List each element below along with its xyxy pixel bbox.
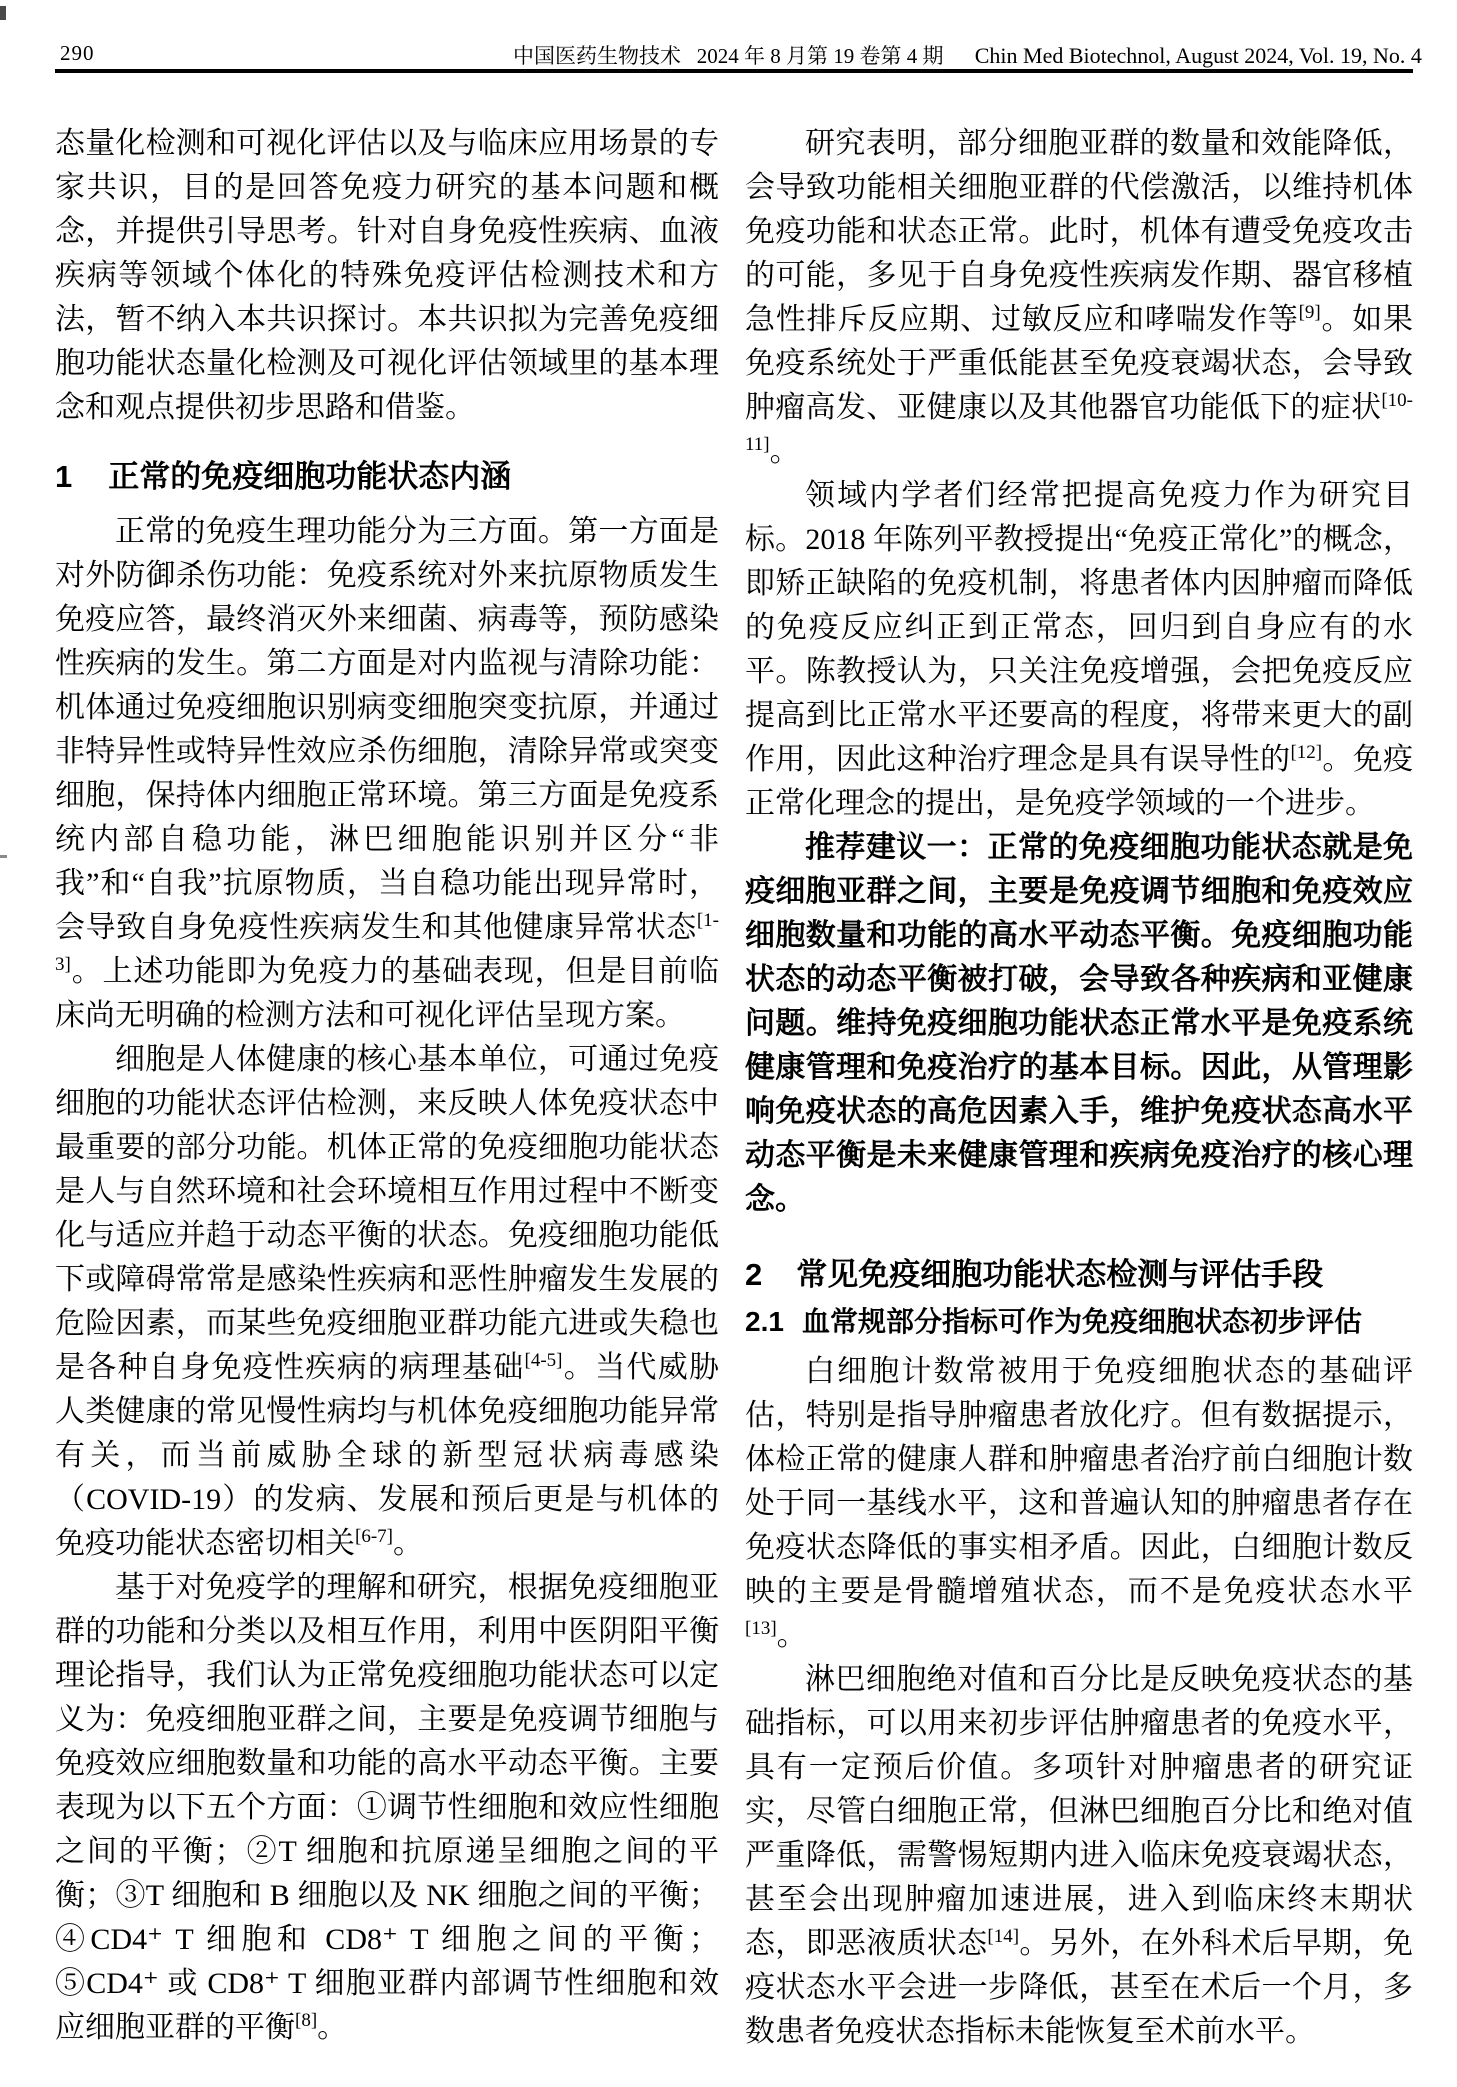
paragraph: 领域内学者们经常把提高免疫力作为研究目标。2018 年陈列平教授提出“免疫正常化… <box>745 474 1413 826</box>
journal-title-en: Chin Med Biotechnol, August 2024, Vol. 1… <box>975 43 1422 68</box>
journal-title-cn: 中国医药生物技术 2024 年 8 月第 19 卷第 4 期 <box>513 44 944 68</box>
paragraph: 基于对免疫学的理解和研究，根据免疫细胞亚群的功能和分类以及相互作用，利用中医阴阳… <box>55 1566 719 2050</box>
paragraph: 细胞是人体健康的核心基本单位，可通过免疫细胞的功能状态评估检测，来反映人体免疫状… <box>55 1038 719 1566</box>
scan-artifact-left-edge <box>0 855 7 858</box>
paragraph: 白细胞计数常被用于免疫细胞状态的基础评估，特别是指导肿瘤患者放化疗。但有数据提示… <box>745 1350 1413 1658</box>
section-number: 2.1 <box>745 1300 784 1344</box>
section-1-heading: 1 正常的免疫细胞功能状态内涵 <box>55 454 719 500</box>
section-title: 正常的免疫细胞功能状态内涵 <box>108 454 511 500</box>
section-title: 常见免疫细胞功能状态检测与评估手段 <box>796 1252 1323 1298</box>
right-column: 研究表明，部分细胞亚群的数量和效能降低，会导致功能相关细胞亚群的代偿激活，以维持… <box>745 122 1413 2054</box>
page-number: 290 <box>60 41 95 66</box>
paragraph: 研究表明，部分细胞亚群的数量和效能降低，会导致功能相关细胞亚群的代偿激活，以维持… <box>745 122 1413 474</box>
paragraph: 正常的免疫生理功能分为三方面。第一方面是对外防御杀伤功能：免疫系统对外来抗原物质… <box>55 510 719 1038</box>
section-number: 1 <box>55 454 72 500</box>
running-head: 中国医药生物技术 2024 年 8 月第 19 卷第 4 期 Chin Med … <box>513 40 1413 70</box>
paragraph-intro-continuation: 态量化检测和可视化评估以及与临床应用场景的专家共识，目的是回答免疫力研究的基本问… <box>55 122 719 430</box>
recommendation-paragraph: 推荐建议一：正常的免疫细胞功能状态就是免疫细胞亚群之间，主要是免疫调节细胞和免疫… <box>745 826 1413 1222</box>
paragraph: 淋巴细胞绝对值和百分比是反映免疫状态的基础指标，可以用来初步评估肿瘤患者的免疫水… <box>745 1658 1413 2054</box>
header-rule <box>55 69 1413 73</box>
section-number: 2 <box>745 1252 762 1298</box>
section-title: 血常规部分指标可作为免疫细胞状态初步评估 <box>802 1300 1362 1344</box>
section-2-1-heading: 2.1 血常规部分指标可作为免疫细胞状态初步评估 <box>745 1300 1413 1344</box>
left-column: 态量化检测和可视化评估以及与临床应用场景的专家共识，目的是回答免疫力研究的基本问… <box>55 122 719 2050</box>
section-2-heading: 2 常见免疫细胞功能状态检测与评估手段 <box>745 1252 1413 1298</box>
scan-artifact-top-left <box>0 6 6 20</box>
journal-issue-cn: 2024 年 8 月第 19 卷第 4 期 <box>697 44 944 68</box>
